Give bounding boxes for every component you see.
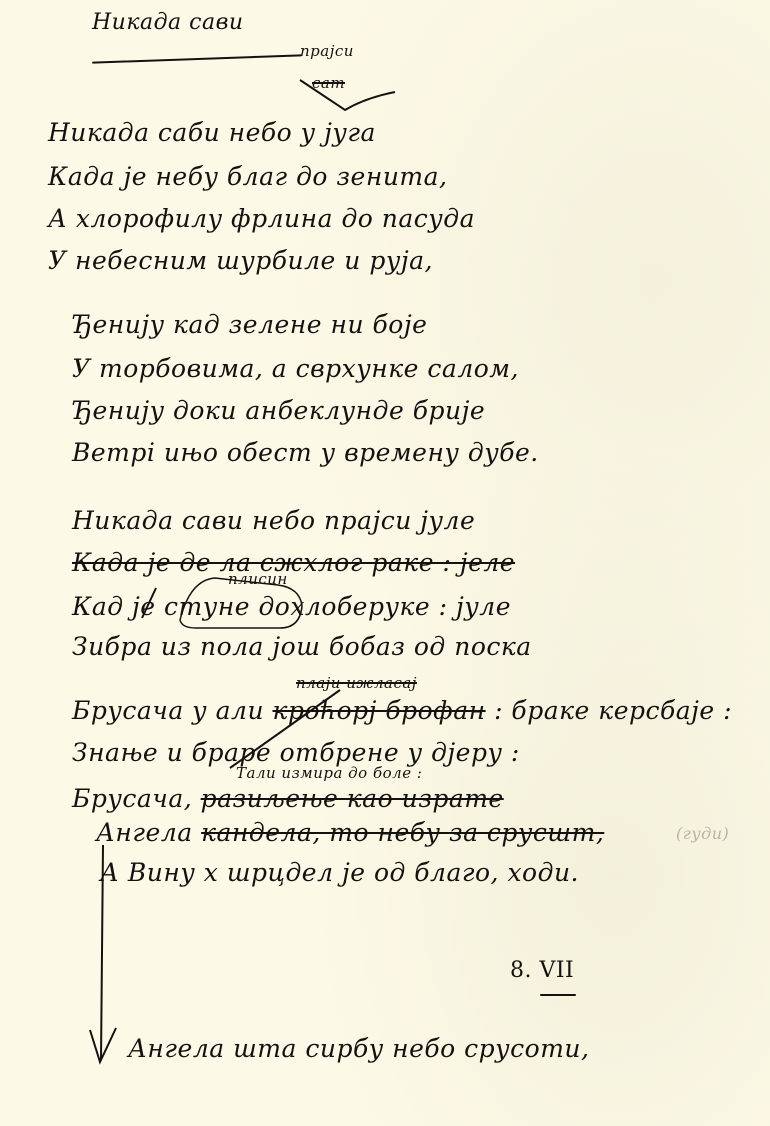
stanza2-line3: Ђенију доки анбеклунде брије [72,398,485,423]
stanza4-line3-insert: Тали измира до боле : [236,766,422,781]
title-underline [92,54,302,63]
stanza1-line2: Када је небу благ до зенита, [48,164,447,189]
stanza4-line3: Брусача, разиљење као израте [72,786,504,811]
stanza4-line4-struck: кандела, то небу за срусшт, [201,818,604,847]
stanza3-insert: плисин [228,572,288,587]
stanza4-line1: Брусача у али кроћорј брофан : браке кер… [72,698,732,723]
stanza1-line1: Никада саби небо у југа [48,120,376,145]
stanza3-line1: Никада сави небо прајси јуле [72,508,475,533]
title-struck: сат [312,76,345,91]
stanza4-line1-struck: кроћорј брофан [273,696,486,725]
stanza4-line1-insert-struck: плаји ижласај [296,676,417,691]
stanza3-line2-struck: Када је де ла сжхлог раке : јеле [72,550,515,575]
stanza3-line3: Кад је стуне дохлоберуке : јуле [72,594,511,619]
stanza2-line1: Ђенију кад зелене ни боје [72,312,427,337]
margin-note: (гуди) [676,826,729,842]
manuscript-page: Никада сави прајси сат Никада саби небо … [0,0,770,1126]
stanza4-line3-struck: разиљење као израте [201,784,504,813]
stanza3-line4: Зибра из пола још бобаз од поска [72,634,532,659]
date: 8. VII [510,960,574,982]
stanza4-line1-start: Брусача у али [72,696,264,725]
stanza2-line2: У торбовима, а сврхунке салом, [72,356,519,381]
title-insert: прајси [300,44,354,59]
stanza4-line4-start: Ангела [96,818,193,847]
poem-title: Никада сави [92,12,244,34]
final-line: Ангела шта сирбу небо срусоти, [128,1036,589,1061]
stanza4-line5: А Вину х шрцдел је од благо, ходи. [100,860,579,885]
stanza2-line4: Ветрі ињо обест у времену дубе. [72,440,539,465]
stanza4-line2: Знање и браре отбрене у дјеру : [72,740,520,765]
stanza4-line4: Ангела кандела, то небу за срусшт, [96,820,604,845]
stanza4-line3-start: Брусача, [72,784,192,813]
stanza1-line3: А хлорофилу фрлина до пасуда [48,206,475,231]
date-underline [540,994,576,996]
stanza1-line4: У небесним шурбиле и руја, [48,248,433,273]
stanza4-line1-end: : браке керсбаје : [494,696,732,725]
